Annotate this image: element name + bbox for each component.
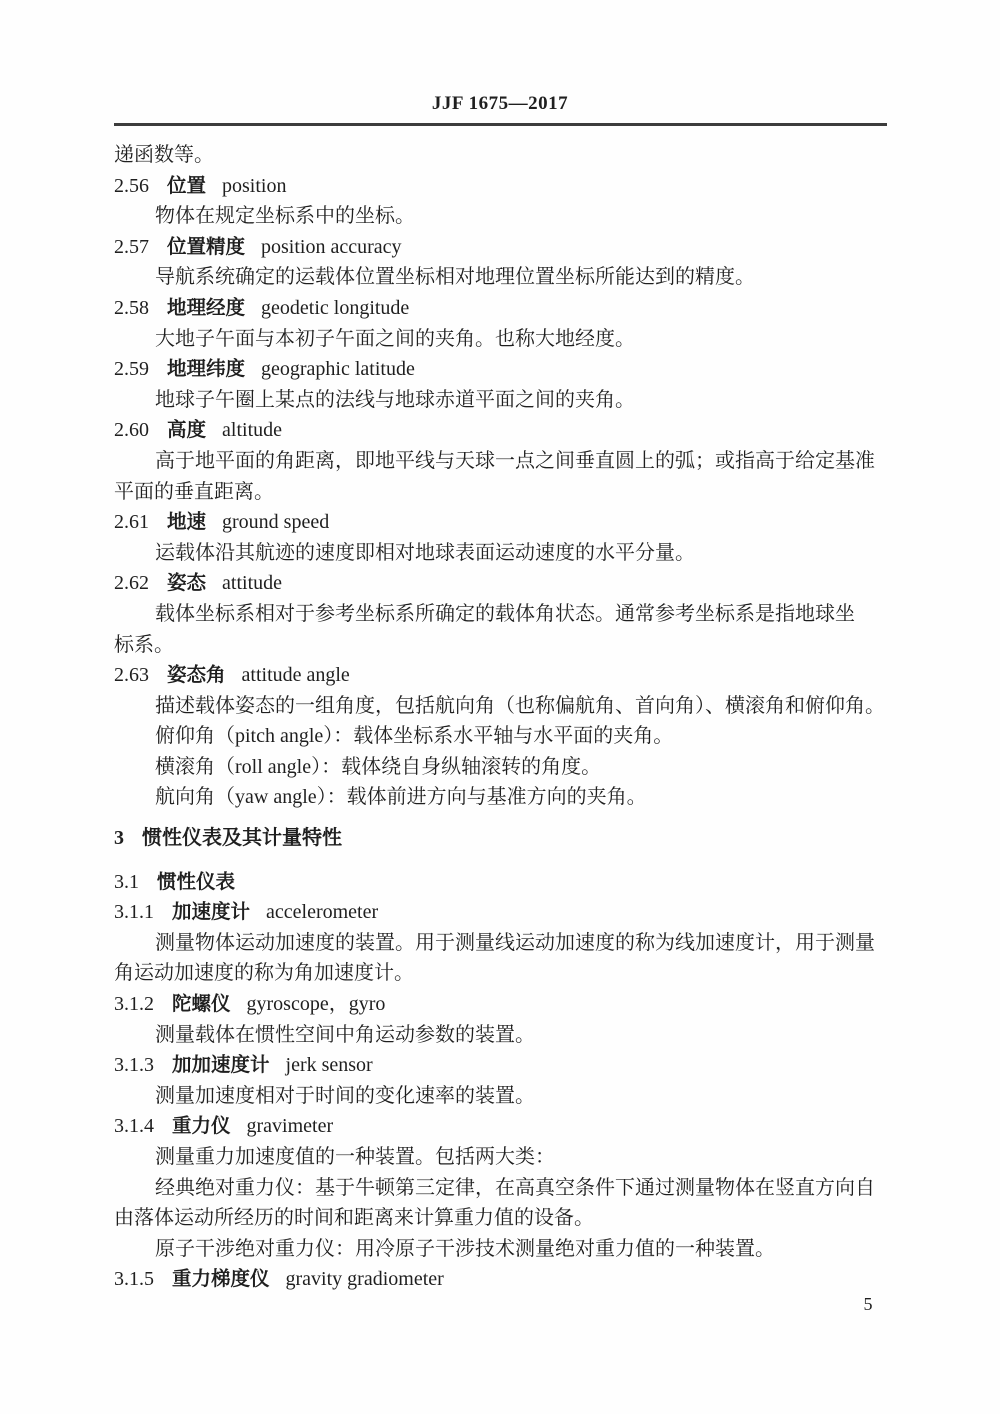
term-name-chinese: 位置精度	[167, 236, 245, 258]
term-name-chinese: 重力梯度仪	[172, 1268, 270, 1290]
body-text-line: 平面的垂直距离。	[114, 477, 900, 508]
term-heading: 2.62姿态attitude	[114, 568, 900, 599]
term-name-chinese: 地速	[167, 511, 206, 533]
body-text-line: 物体在规定坐标系中的坐标。	[114, 201, 900, 232]
section-title: 惯性仪表及其计量特性	[142, 827, 342, 849]
term-number: 3.1.2	[114, 993, 154, 1015]
term-name-english: gyroscope，gyro	[247, 993, 386, 1015]
term-heading: 2.58地理经度geodetic longitude	[114, 293, 900, 324]
term-name-chinese: 地理经度	[167, 297, 245, 319]
section-number: 3	[114, 827, 124, 849]
term-name-chinese: 加加速度计	[172, 1054, 270, 1076]
term-name-chinese: 重力仪	[172, 1115, 231, 1137]
term-name-chinese: 地理纬度	[167, 358, 245, 380]
term-number: 2.60	[114, 419, 149, 441]
body-text-line: 运载体沿其航迹的速度即相对地球表面运动速度的水平分量。	[114, 538, 900, 569]
term-name-english: accelerometer	[266, 901, 378, 923]
term-number: 3.1.5	[114, 1268, 154, 1290]
term-heading: 2.56位置position	[114, 171, 900, 202]
body-text-line: 角运动加速度的称为角加速度计。	[114, 958, 900, 989]
term-name-chinese: 加速度计	[172, 901, 250, 923]
body-text-line: 测量加速度相对于时间的变化速率的装置。	[114, 1081, 900, 1112]
body-text-line: 由落体运动所经历的时间和距离来计算重力值的设备。	[114, 1203, 900, 1234]
body-text-line: 描述载体姿态的一组角度，包括航向角（也称偏航角、首向角）、横滚角和俯仰角。	[114, 691, 900, 722]
term-heading: 2.61地速ground speed	[114, 507, 900, 538]
document-page: JJF 1675—2017 递函数等。2.56位置position物体在规定坐标…	[0, 0, 1000, 1414]
term-name-chinese: 姿态	[167, 572, 206, 594]
term-number: 2.62	[114, 572, 149, 594]
term-number: 2.63	[114, 664, 149, 686]
body-text-line: 导航系统确定的运载体位置坐标相对地理位置坐标所能达到的精度。	[114, 262, 900, 293]
term-heading: 2.57位置精度position accuracy	[114, 232, 900, 263]
term-name-english: altitude	[222, 419, 282, 441]
term-number: 2.58	[114, 297, 149, 319]
term-number: 2.56	[114, 175, 149, 197]
term-name-chinese: 陀螺仪	[172, 993, 231, 1015]
term-name-english: geodetic longitude	[261, 297, 409, 319]
body-text-line: 标系。	[114, 630, 900, 661]
term-name-english: gravity gradiometer	[286, 1268, 444, 1290]
body-text-line: 测量重力加速度值的一种装置。包括两大类：	[114, 1142, 900, 1173]
header-rule	[114, 123, 887, 126]
body-text-line: 大地子午面与本初子午面之间的夹角。也称大地经度。	[114, 324, 900, 355]
body-text-line: 递函数等。	[114, 140, 900, 171]
body-text-line: 测量载体在惯性空间中角运动参数的装置。	[114, 1020, 900, 1051]
term-heading: 3.1.2陀螺仪gyroscope，gyro	[114, 989, 900, 1020]
term-name-english: attitude angle	[242, 664, 350, 686]
term-name-english: ground speed	[222, 511, 329, 533]
term-name-english: position accuracy	[261, 236, 402, 258]
term-name-chinese: 惯性仪表	[157, 871, 235, 893]
term-name-english: gravimeter	[247, 1115, 334, 1137]
term-heading: 3.1.1加速度计accelerometer	[114, 897, 900, 928]
body-text-line: 载体坐标系相对于参考坐标系所确定的载体角状态。通常参考坐标系是指地球坐	[114, 599, 900, 630]
term-heading: 3.1.3加加速度计jerk sensor	[114, 1050, 900, 1081]
term-number: 3.1.1	[114, 901, 154, 923]
term-name-chinese: 高度	[167, 419, 206, 441]
term-heading: 3.1.4重力仪gravimeter	[114, 1111, 900, 1142]
term-number: 2.57	[114, 236, 149, 258]
term-name-english: attitude	[222, 572, 282, 594]
standard-number-header: JJF 1675—2017	[0, 93, 1000, 115]
body-text-line: 高于地平面的角距离，即地平线与天球一点之间垂直圆上的弧；或指高于给定基准	[114, 446, 900, 477]
body-text-line: 原子干涉绝对重力仪：用冷原子干涉技术测量绝对重力值的一种装置。	[114, 1234, 900, 1265]
term-heading: 2.59地理纬度geographic latitude	[114, 354, 900, 385]
body-text-line: 横滚角（roll angle）：载体绕自身纵轴滚转的角度。	[114, 752, 900, 783]
term-heading: 3.1.5重力梯度仪gravity gradiometer	[114, 1264, 900, 1295]
term-heading: 2.63姿态角attitude angle	[114, 660, 900, 691]
body-text-line: 测量物体运动加速度的装置。用于测量线运动加速度的称为线加速度计，用于测量	[114, 928, 900, 959]
section-heading: 3惯性仪表及其计量特性	[114, 823, 900, 854]
term-number: 3.1.3	[114, 1054, 154, 1076]
page-number: 5	[858, 1294, 878, 1315]
term-name-english: position	[222, 175, 286, 197]
body-text-line: 俯仰角（pitch angle）：载体坐标系水平轴与水平面的夹角。	[114, 721, 900, 752]
term-name-english: jerk sensor	[286, 1054, 373, 1076]
term-number: 2.61	[114, 511, 149, 533]
term-heading: 3.1惯性仪表	[114, 867, 900, 898]
term-name-chinese: 位置	[167, 175, 206, 197]
term-name-chinese: 姿态角	[167, 664, 226, 686]
term-name-english: geographic latitude	[261, 358, 415, 380]
term-heading: 2.60高度altitude	[114, 415, 900, 446]
term-number: 3.1.4	[114, 1115, 154, 1137]
term-number: 3.1	[114, 871, 139, 893]
term-number: 2.59	[114, 358, 149, 380]
body-text-line: 经典绝对重力仪：基于牛顿第三定律，在高真空条件下通过测量物体在竖直方向自	[114, 1173, 900, 1204]
document-body: 递函数等。2.56位置position物体在规定坐标系中的坐标。2.57位置精度…	[114, 140, 900, 1295]
body-text-line: 航向角（yaw angle）：载体前进方向与基准方向的夹角。	[114, 782, 900, 813]
body-text-line: 地球子午圈上某点的法线与地球赤道平面之间的夹角。	[114, 385, 900, 416]
